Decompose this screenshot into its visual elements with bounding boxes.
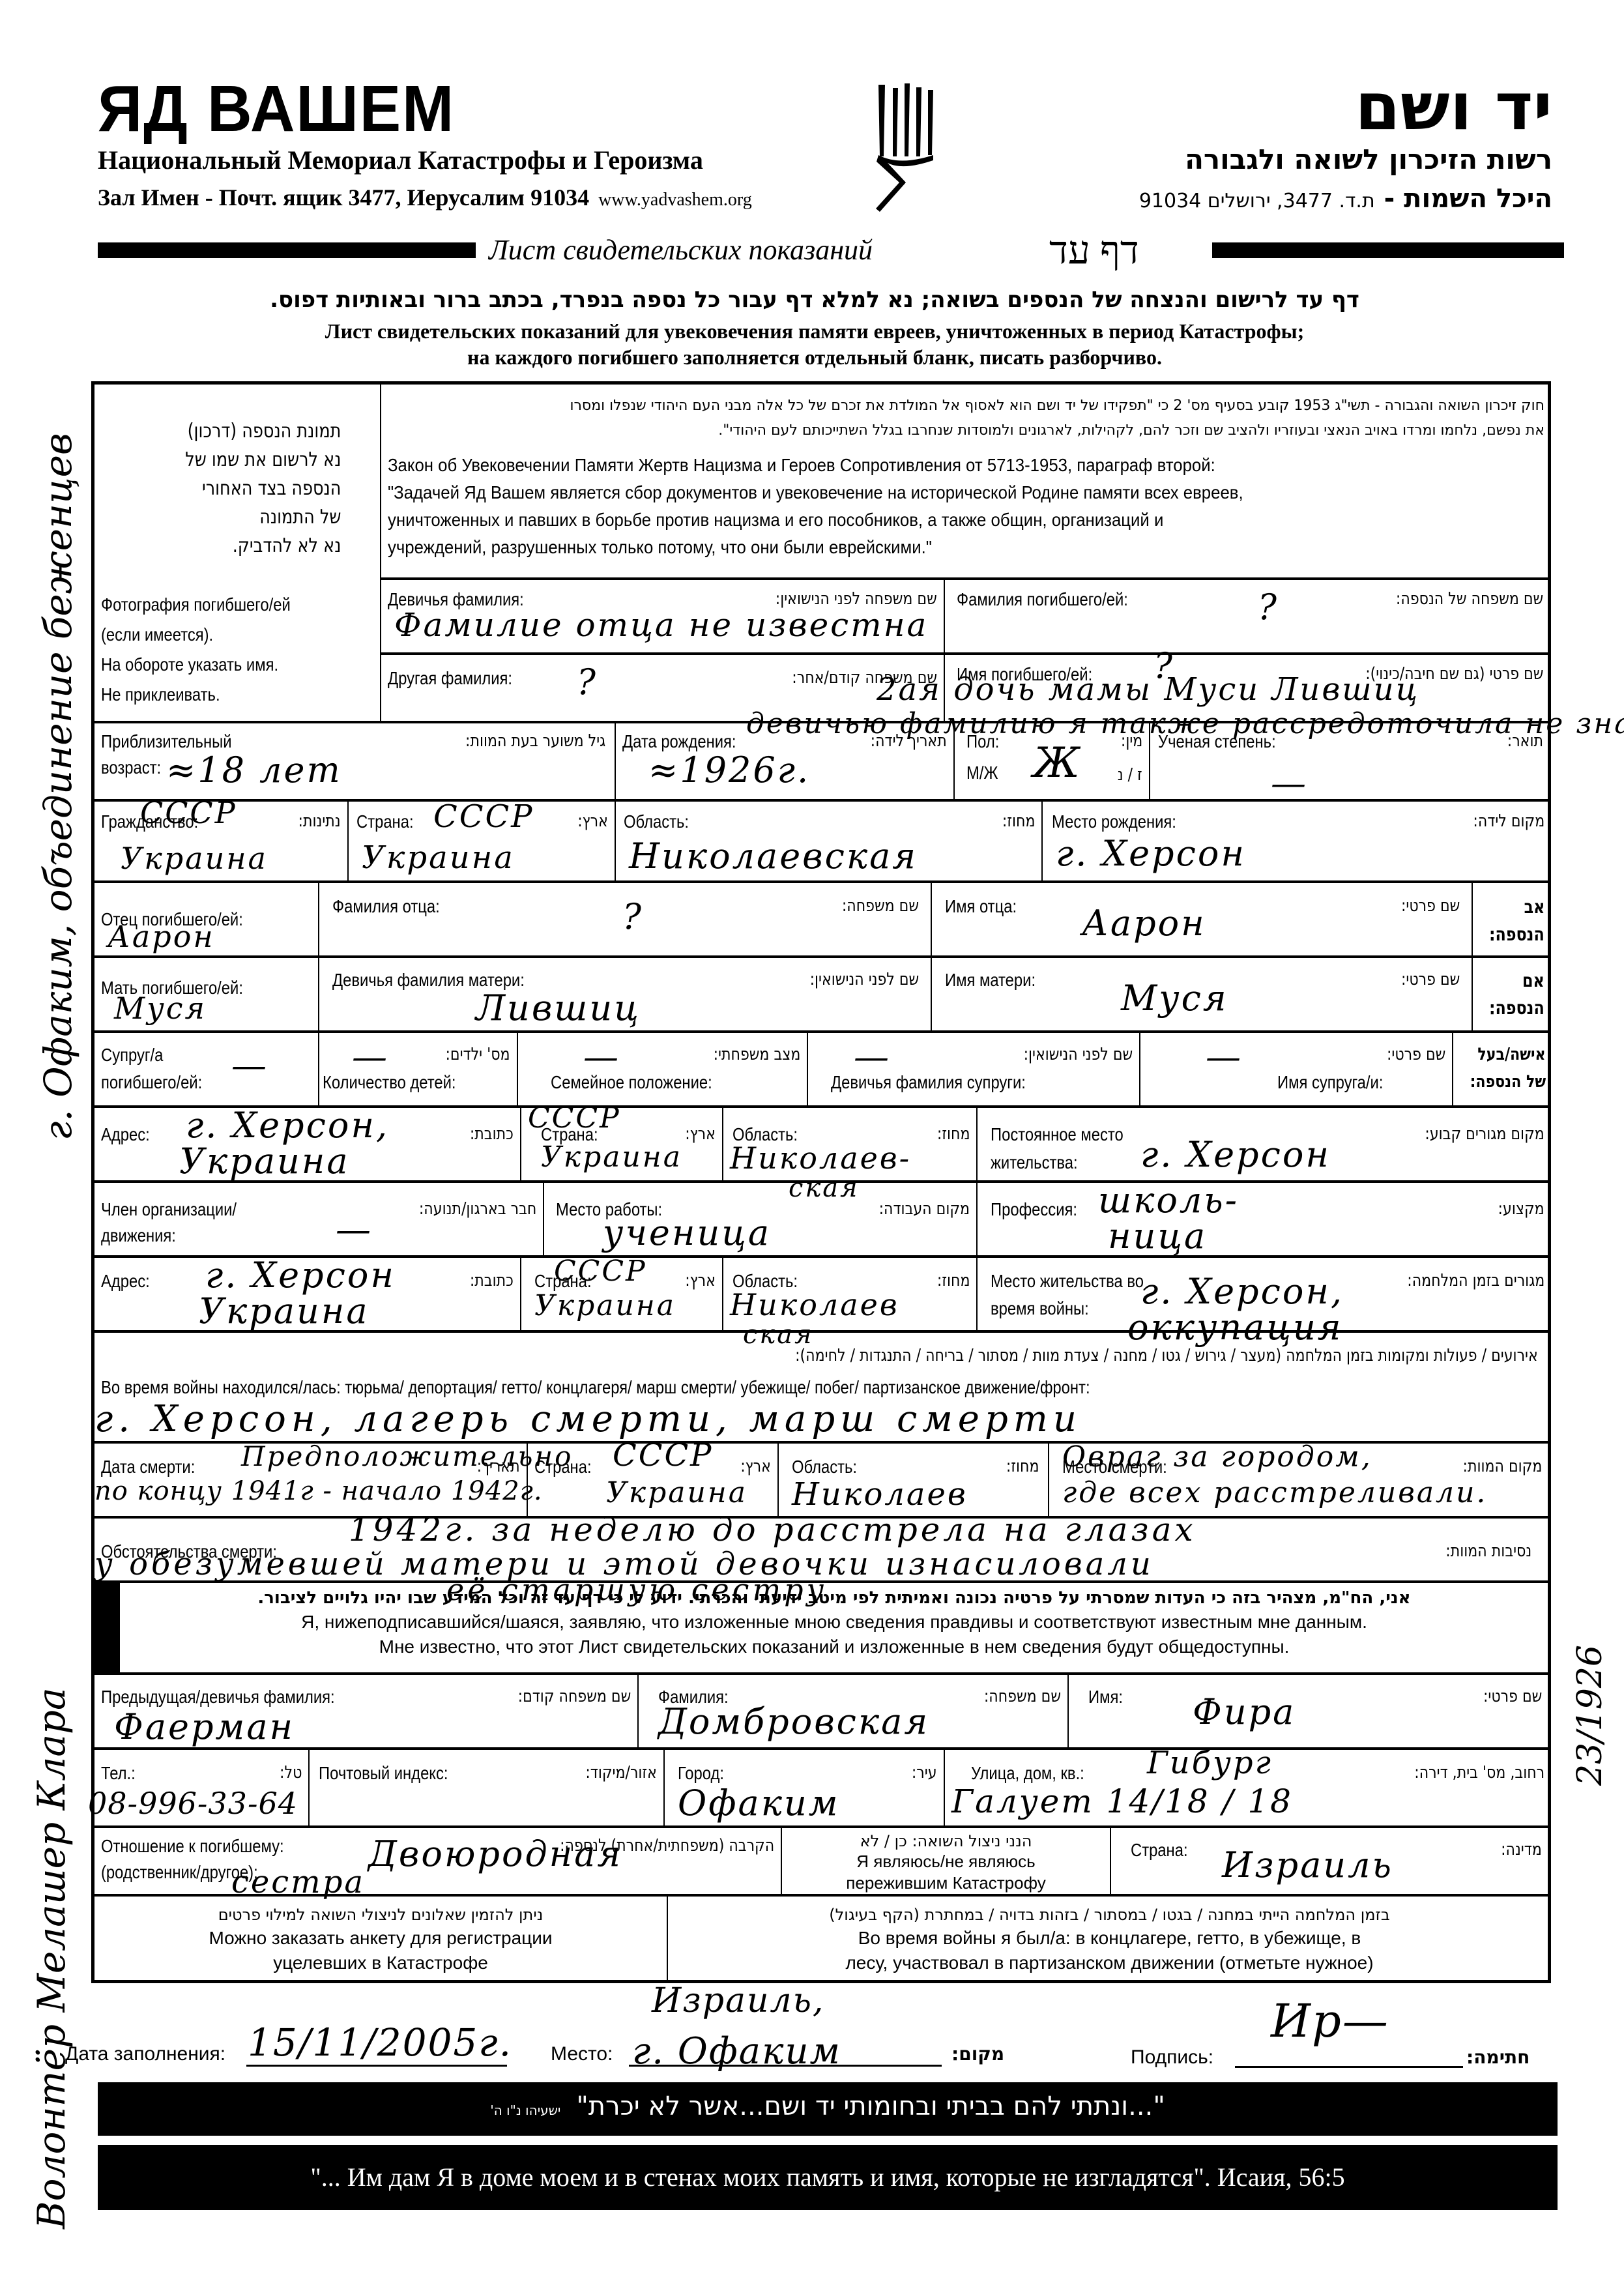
declaration-left-bar bbox=[91, 1580, 117, 1675]
label: лесу, участвовал в партизанском движении… bbox=[668, 1953, 1551, 1973]
value: Двоюродная bbox=[368, 1833, 622, 1874]
date-filled-value[interactable]: 15/11/2005г. bbox=[248, 2020, 512, 2065]
label: Во время войны я был/а: в концлагере, ге… bbox=[668, 1928, 1551, 1949]
label-he: מגורים בזמן המלחמה: bbox=[1407, 1271, 1544, 1290]
label: Почтовый индекс: bbox=[319, 1763, 448, 1784]
declaration-hebrew: אני, הח"מ, מצהיר בזה כי העדות שמסרתי על … bbox=[120, 1588, 1548, 1608]
label: уцелевших в Катастрофе bbox=[94, 1953, 667, 1973]
label-he: בזמן המלחמה הייתי במחנה / בגטו / במסתור … bbox=[668, 1906, 1551, 1924]
value: ? bbox=[622, 896, 643, 937]
value: Украина bbox=[199, 1290, 370, 1331]
website-link[interactable]: www.yadvashem.org bbox=[598, 190, 752, 210]
label-he: מצב משפחתי: bbox=[713, 1045, 800, 1064]
value: сестра bbox=[231, 1864, 365, 1900]
menorah-hand-logo-icon bbox=[873, 78, 945, 215]
brand-name-hebrew: יד ושם bbox=[1355, 68, 1552, 145]
birth-place-field[interactable]: Место рождения: מקום לידה: г. Херсон bbox=[1043, 802, 1551, 883]
value: Предположительно bbox=[241, 1440, 573, 1472]
label: Я являюсь/не являюсь bbox=[782, 1852, 1110, 1872]
wartime-residence-field[interactable]: Место жительства во время войны: מגורים … bbox=[978, 1258, 1551, 1333]
address-hebrew-text: ת.ד. 3477, ירושלים 91034 bbox=[1139, 190, 1375, 212]
label-he: מקום העבודה: bbox=[879, 1199, 970, 1219]
photo-he-line: נא לרשום את שמו של bbox=[185, 446, 341, 474]
label: жительства: bbox=[991, 1152, 1078, 1173]
mother-maiden-name-field[interactable]: Девичья фамилия матери: שם לפני הנישואין… bbox=[319, 958, 932, 1033]
label-he: ארץ: bbox=[685, 1271, 716, 1290]
citizenship-field[interactable]: Гражданство: נתינות: СССР Украина bbox=[94, 802, 349, 883]
law-russian-4: учреждений, разрушенных только потому, ч… bbox=[388, 537, 932, 558]
label: Место рождения: bbox=[1052, 811, 1176, 832]
value: Николаев bbox=[730, 1287, 899, 1322]
photo-he-line: של התמונה bbox=[185, 503, 341, 532]
organization-field[interactable]: Член организации/ движения: חבר בארגון/ת… bbox=[94, 1183, 544, 1258]
label-he: שם פרטי: bbox=[1387, 1045, 1445, 1064]
survivor-status-field[interactable]: הנני ניצול השואה: כן / לא Я являюсь/не я… bbox=[782, 1828, 1111, 1897]
label: Профессия: bbox=[991, 1199, 1077, 1220]
signature-underline bbox=[1235, 2066, 1463, 2068]
label-he: מחוז: bbox=[936, 1124, 970, 1144]
label-he: ניתן להזמין שאלונים לניצולי השואה למילוי… bbox=[94, 1906, 667, 1924]
place-underline bbox=[629, 2065, 942, 2067]
label: Место жительства во bbox=[991, 1271, 1144, 1292]
label-he: מקום לידה: bbox=[1473, 811, 1544, 831]
father-last-name-field[interactable]: Фамилия отца: שם משפחה: ? bbox=[319, 883, 932, 958]
residence-region-field[interactable]: Область: מחוז: Николаев- ская bbox=[723, 1108, 978, 1183]
value: ница bbox=[1108, 1215, 1207, 1257]
label: Страна: bbox=[534, 1457, 592, 1477]
label-he: שם משפחה של הנספה: bbox=[1396, 589, 1543, 609]
value: г. Херсон bbox=[205, 1255, 396, 1296]
value: Лившиц bbox=[476, 987, 641, 1028]
label-he: שם משפחה: bbox=[842, 896, 919, 916]
value: СССР bbox=[140, 795, 237, 830]
value: 1942г. за неделю до расстрела на глазах bbox=[349, 1511, 1196, 1549]
victim-maiden-name-field[interactable]: Девичья фамилия: שם משפחה לפני הנישואין:… bbox=[381, 580, 945, 655]
quote-russian: "... Им дам Я в доме моем и в стенах мои… bbox=[310, 2162, 1344, 2192]
label: Страна: bbox=[356, 811, 414, 832]
label: Член организации/ bbox=[101, 1199, 237, 1220]
label-he: חבר בארגון/תנועה: bbox=[419, 1199, 536, 1219]
label: время войны: bbox=[991, 1298, 1089, 1319]
place-label: Место: bbox=[551, 2043, 613, 2065]
value: г. Херсон, bbox=[186, 1105, 389, 1146]
label: Страна: bbox=[1131, 1840, 1188, 1861]
value: Домбровская bbox=[658, 1701, 929, 1742]
intro-hebrew: דף עד לרישום והנצחה של הנספים בשואה; נא … bbox=[98, 287, 1531, 313]
death-region-field[interactable]: Область: מחוז: Николаев bbox=[779, 1444, 1049, 1519]
value: Украина bbox=[121, 841, 268, 876]
label: Улица, дом, кв.: bbox=[971, 1763, 1084, 1784]
value: — bbox=[352, 1036, 389, 1077]
submitter-street-field[interactable]: Улица, дом, кв.: רחוב, מס' בית, דירה: Ги… bbox=[945, 1750, 1551, 1828]
death-date-field[interactable]: Дата смерти: תאריך: Предположительно по … bbox=[94, 1444, 528, 1519]
label-he: מדינה: bbox=[1501, 1840, 1542, 1859]
label-he: שם לפני הנישואין: bbox=[1023, 1045, 1133, 1064]
law-russian-1: Закон об Увековечении Памяти Жертв Нациз… bbox=[388, 455, 1215, 476]
label: Во время войны находился/лась: тюрьма/ д… bbox=[101, 1377, 1090, 1398]
label: Количество детей: bbox=[323, 1072, 456, 1093]
label-he: אם bbox=[1522, 970, 1544, 991]
signature-label: Подпись: bbox=[1131, 2046, 1213, 2069]
label-he: ז / נ bbox=[1118, 765, 1142, 785]
value: Фаерман bbox=[114, 1706, 295, 1747]
submitter-relation-field[interactable]: Отношение к погибшему: (родственник/друг… bbox=[94, 1828, 782, 1897]
death-country-field[interactable]: Страна: ארץ: СССР Украина bbox=[528, 1444, 779, 1519]
value: школь- bbox=[1098, 1180, 1239, 1221]
signature-value[interactable]: Ир— bbox=[1271, 1994, 1389, 2048]
declaration-russian-2: Мне известно, что этот Лист свидетельски… bbox=[120, 1636, 1548, 1657]
label-he: אזור/מיקוד: bbox=[585, 1763, 657, 1782]
label-he: עיר: bbox=[912, 1763, 937, 1782]
label-he: שם פרטי: bbox=[1401, 970, 1460, 989]
label: погибшего/ей: bbox=[101, 1072, 202, 1093]
label-he: מקום המוות: bbox=[1462, 1457, 1542, 1476]
document-title-russian: Лист свидетельских показаний bbox=[489, 233, 873, 267]
submitter-country-field[interactable]: Страна: מדינה: Израиль bbox=[1111, 1828, 1551, 1897]
footer-divider bbox=[98, 2136, 1558, 2145]
value: СССР bbox=[433, 798, 534, 835]
profession-field[interactable]: Профессия: מקצוע: школь- ница bbox=[978, 1183, 1551, 1258]
value: Украина bbox=[541, 1141, 682, 1174]
survivor-wartime-info: בזמן המלחמה הייתי במחנה / בגטו / במסתור … bbox=[668, 1897, 1551, 1983]
value: СССР bbox=[528, 1101, 621, 1135]
law-russian-3: уничтоженных и павших в борьбе против на… bbox=[388, 510, 1163, 531]
label: Другая фамилия: bbox=[388, 668, 512, 689]
photo-he-line: תמונת הנספה (דרכון) bbox=[185, 417, 341, 446]
label-he: תאריך לידה: bbox=[871, 731, 947, 751]
submitter-phone-field[interactable]: Тел.: טל: 08-996-33-64 bbox=[94, 1750, 310, 1828]
value: Галует 14/18 / 18 bbox=[951, 1782, 1293, 1820]
death-place-field[interactable]: Место смерти: מקום המוות: Овраг за город… bbox=[1049, 1444, 1551, 1519]
label-he: אב bbox=[1524, 896, 1544, 918]
label: Город: bbox=[678, 1763, 724, 1784]
margin-note-right: 23/1926 bbox=[1571, 1645, 1610, 1786]
value: — bbox=[583, 1036, 620, 1077]
workplace-field[interactable]: Место работы: מקום העבודה: ученица bbox=[544, 1183, 978, 1258]
address-russian: Зал Имен - Почт. ящик 3477, Иерусалим 91… bbox=[98, 184, 752, 211]
label: Область: bbox=[624, 811, 689, 832]
label-he: מחוז: bbox=[1006, 1457, 1039, 1476]
label-he: מס' ילדים: bbox=[446, 1045, 510, 1064]
label-he: מחוז: bbox=[936, 1271, 970, 1290]
label: движения: bbox=[101, 1225, 176, 1246]
label-he: הנני ניצול השואה: כן / לא bbox=[782, 1832, 1110, 1850]
label-he: מין: bbox=[1121, 731, 1142, 751]
submitter-first-name-field[interactable]: Имя: שם פרטי: Фира bbox=[1069, 1675, 1551, 1750]
mother-he-label: אם הנספה: bbox=[1473, 958, 1551, 1033]
label: Отношение к погибшему: bbox=[101, 1836, 284, 1857]
label-he: נתינות: bbox=[298, 811, 341, 831]
signature-label-hebrew: חתימה: bbox=[1466, 2046, 1530, 2068]
value: ≈1926г. bbox=[648, 749, 810, 791]
permanent-residence-field[interactable]: Постоянное место жительства: מקום מגורים… bbox=[978, 1108, 1551, 1183]
quote-hebrew: "...ונתתי להם בביתי ובחומותי יד ושם...אש… bbox=[576, 2091, 1165, 2121]
degree-field[interactable]: Ученая степень: תואר: — bbox=[1150, 723, 1551, 802]
value: Овраг за городом, bbox=[1062, 1440, 1372, 1474]
value: Украина bbox=[362, 839, 515, 876]
submitter-city-field[interactable]: Город: עיר: Офаким bbox=[665, 1750, 945, 1828]
value: Николаев bbox=[792, 1476, 968, 1513]
intro-russian-2: на каждого погибшего заполняется отдельн… bbox=[98, 345, 1531, 370]
label: Семейное положение: bbox=[551, 1072, 712, 1093]
value: ≈18 лет bbox=[166, 749, 342, 791]
value: ? bbox=[577, 662, 598, 703]
subtitle-russian: Национальный Мемориал Катастрофы и Герои… bbox=[98, 145, 703, 175]
wartime-address-field[interactable]: Адрес: כתובת: г. Херсон Украина bbox=[94, 1258, 521, 1333]
title-bar-left bbox=[98, 242, 476, 258]
label: М/Ж bbox=[966, 763, 998, 783]
death-circumstances-field[interactable]: Обстоятельства смерти: נסיבות המוות: 194… bbox=[94, 1519, 1551, 1584]
spouse-he-label: אישה/בעל של הנספה: bbox=[1453, 1033, 1551, 1108]
submitter-last-name-field[interactable]: Фамилия: שם משפחה: Домбровская bbox=[639, 1675, 1069, 1750]
value: где всех расстреливали. bbox=[1062, 1476, 1487, 1509]
law-russian-2: "Задачей Яд Вашем является сбор документ… bbox=[388, 482, 1243, 503]
document-title-hebrew: דף עד bbox=[1049, 228, 1139, 273]
submitter-zip-field[interactable]: Почтовый индекс: אזור/מיקוד: bbox=[310, 1750, 665, 1828]
subtitle-hebrew: רשות הזיכרון לשואה ולגבורה bbox=[1185, 143, 1552, 175]
birth-country-field[interactable]: Страна: ארץ: СССР Украина bbox=[349, 802, 616, 883]
law-hebrew-1: חוק זיכרון השואה והגבורה - תשי"ג 1953 קו… bbox=[570, 398, 1545, 414]
label-he: תואר: bbox=[1507, 731, 1543, 751]
label-he: של הנספה: bbox=[1470, 1072, 1546, 1092]
label-he: הנספה: bbox=[1489, 923, 1544, 945]
label-he: גיל משוער בעת המוות: bbox=[465, 731, 605, 751]
label-he: ארץ: bbox=[740, 1457, 771, 1476]
footer-quote-hebrew-strip: ישעיהו נ"ו ה' "...ונתתי להם בביתי ובחומו… bbox=[98, 2082, 1558, 2136]
value: Офаким bbox=[678, 1782, 840, 1824]
wartime-country-field[interactable]: Страна: ארץ: СССР Украина bbox=[521, 1258, 723, 1333]
margin-note-left-bottom: Волонтёр Мелашер Клара bbox=[29, 1687, 74, 2229]
address-text: Зал Имен - Почт. ящик 3477, Иерусалим 91… bbox=[98, 184, 589, 211]
value: Украина bbox=[179, 1141, 350, 1182]
date-filled-label: Дата заполнения: bbox=[65, 2043, 225, 2065]
spouse-first-name-field[interactable]: שם פרטי: Имя супруга/и: — bbox=[1140, 1033, 1453, 1108]
brand-name-russian: ЯД ВАШЕМ bbox=[98, 72, 455, 147]
label-he: אירועים / פעולות ומקומות בזמן המלחמה (מע… bbox=[795, 1346, 1538, 1365]
value: г. Херсон, лагерь смерти, марш смерти bbox=[94, 1398, 1082, 1440]
label: Ученая степень: bbox=[1158, 731, 1276, 752]
value: — bbox=[336, 1209, 373, 1250]
declaration-russian-1: Я, нижеподписавшийся/шаяся, заявляю, что… bbox=[120, 1612, 1548, 1633]
label-he: ארץ: bbox=[577, 811, 608, 831]
value: Муся bbox=[114, 991, 207, 1026]
photo-ru-line: (если имеется). bbox=[101, 620, 291, 650]
victim-first-name-note: 2ая дочь мамы Муси Лившиц bbox=[877, 671, 1419, 708]
label: Фамилия отца: bbox=[332, 896, 440, 917]
label-he: מחוז: bbox=[1002, 811, 1035, 831]
label-he: שם משפחה: bbox=[984, 1687, 1061, 1706]
label: возраст: bbox=[101, 757, 161, 778]
label-he: טל: bbox=[280, 1763, 302, 1782]
birth-date-field[interactable]: Дата рождения: תאריך לידה: ≈1926г. bbox=[616, 723, 955, 802]
label-he: כתובת: bbox=[470, 1271, 514, 1290]
photo-he-line: הנספה בצד האחורי bbox=[185, 474, 341, 503]
value: Николаевская bbox=[629, 836, 918, 877]
sex-field[interactable]: Пол: М/Ж מין: ז / נ Ж bbox=[955, 723, 1150, 802]
marital-status-field[interactable]: מצב משפחתי: Семейное положение: — bbox=[518, 1033, 808, 1108]
photo-ru-line: На обороте указать имя. bbox=[101, 650, 291, 680]
value: Ж bbox=[1033, 739, 1082, 787]
label: Адрес: bbox=[101, 1271, 150, 1292]
label: Имя супруга/и: bbox=[1277, 1072, 1383, 1093]
label-he: רחוב, מס' בית, דירה: bbox=[1414, 1763, 1544, 1782]
label: Имя: bbox=[1088, 1687, 1123, 1708]
wartime-events-field[interactable]: אירועים / פעולות ומקומות בזמן המלחמה (מע… bbox=[94, 1333, 1551, 1444]
spouse-maiden-name-field[interactable]: שם לפני הנישואין: Девичья фамилия супруг… bbox=[808, 1033, 1140, 1108]
father-he-label: אב הנספה: bbox=[1473, 883, 1551, 958]
quote-source-hebrew: ישעיהו נ"ו ה' bbox=[490, 2102, 560, 2118]
value: г. Херсон bbox=[1056, 833, 1246, 874]
value: ученица bbox=[603, 1212, 771, 1253]
value: — bbox=[854, 1036, 891, 1077]
place-label-hebrew: מקום: bbox=[951, 2043, 1004, 2065]
submitter-prev-name-field[interactable]: Предыдущая/девичья фамилия: שם משפחה קוד… bbox=[94, 1675, 639, 1750]
label: Пол: bbox=[966, 731, 999, 752]
father-row-label: Отец погибшего/ей: Аарон bbox=[94, 883, 319, 958]
value: — bbox=[1271, 763, 1308, 804]
intro-russian-1: Лист свидетельских показаний для увекове… bbox=[98, 319, 1531, 343]
value: СССР bbox=[613, 1437, 713, 1474]
photo-instructions-russian: Фотография погибшего/ей (если имеется). … bbox=[101, 590, 291, 710]
photo-ru-line: Фотография погибшего/ей bbox=[101, 590, 291, 620]
hall-of-names-hebrew: היכל השמות - bbox=[1384, 184, 1552, 214]
photo-ru-line: Не приклеивать. bbox=[101, 680, 291, 710]
label-he: מקצוע: bbox=[1498, 1199, 1544, 1219]
value: Украина bbox=[606, 1476, 747, 1509]
value: 08-996-33-64 bbox=[88, 1786, 298, 1821]
label: Адрес: bbox=[101, 1124, 150, 1145]
label-he: שם לפני הנישואין: bbox=[809, 970, 919, 989]
label-he: שם פרטי: bbox=[1483, 1687, 1542, 1706]
place-value-1: Израиль, bbox=[652, 1981, 824, 2020]
value: Николаев- bbox=[730, 1141, 911, 1176]
label: Предыдущая/девичья фамилия: bbox=[101, 1687, 335, 1708]
value: Муся bbox=[1121, 978, 1228, 1019]
label: Дата смерти: bbox=[101, 1457, 195, 1477]
photo-he-line: נא לא להדביק. bbox=[185, 532, 341, 560]
label: Имя отца: bbox=[945, 896, 1017, 917]
law-hebrew-2: את נפשם, נלחמו ומרדו באויב הנאצי ובעוזרי… bbox=[718, 422, 1544, 439]
label: Супруг/а bbox=[101, 1045, 163, 1066]
value: — bbox=[1206, 1036, 1243, 1077]
value: Фамилие отца не известна bbox=[394, 606, 928, 644]
birth-region-field[interactable]: Область: מחוז: Николаевская bbox=[616, 802, 1043, 883]
submitter-section: Предыдущая/девичья фамилия: שם משפחה קוד… bbox=[91, 1675, 1551, 1983]
value: ? bbox=[1258, 587, 1279, 628]
label: Фамилия погибшего/ей: bbox=[957, 589, 1128, 610]
footer-quote-russian-strip: "... Им дам Я в доме моем и в стенах мои… bbox=[98, 2145, 1558, 2210]
wartime-region-field[interactable]: Область: מחוז: Николаев ская bbox=[723, 1258, 978, 1333]
victim-last-name-field[interactable]: Фамилия погибшего/ей: שם משפחה של הנספה:… bbox=[945, 580, 1551, 655]
label-he: כתובת: bbox=[470, 1124, 514, 1144]
children-count-field[interactable]: מס' ילדים: Количество детей: — bbox=[319, 1033, 518, 1108]
label-he: נסיבות המוות: bbox=[1445, 1541, 1531, 1561]
age-field[interactable]: Приблизительный возраст: גיל משוער בעת ה… bbox=[94, 723, 616, 802]
photo-instructions-hebrew: תמונת הנספה (דרכון) נא לרשום את שמו של ה… bbox=[185, 417, 341, 560]
declaration-box: אני, הח"מ, מצהיר בזה כי העדות שמסרתי על … bbox=[117, 1580, 1551, 1675]
value: Фира bbox=[1193, 1691, 1296, 1732]
value: Израиль bbox=[1222, 1844, 1393, 1885]
mother-first-name-field[interactable]: Имя матери: שם פרטי: Муся bbox=[932, 958, 1473, 1033]
value: — bbox=[231, 1045, 268, 1086]
mother-row-label: Мать погибшего/ей: Муся bbox=[94, 958, 319, 1033]
label-he: ארץ: bbox=[685, 1124, 716, 1144]
value: Аарон bbox=[1082, 903, 1206, 944]
date-underline bbox=[246, 2065, 507, 2067]
label: пережившим Катастрофу bbox=[782, 1873, 1110, 1893]
value: по концу 1941г - начало 1942г. bbox=[94, 1476, 543, 1506]
label-he: מקום מגורים קבוע: bbox=[1425, 1124, 1544, 1144]
photo-box: תמונת הנספה (דרכון) נא לרשום את שמו של ה… bbox=[94, 385, 381, 723]
label: Область: bbox=[792, 1457, 857, 1477]
residence-address-field[interactable]: Адрес: כתובת: г. Херсон, Украина bbox=[94, 1108, 521, 1183]
label-he: שם משפחה קודם: bbox=[517, 1687, 631, 1706]
label: Имя матери: bbox=[945, 970, 1036, 991]
law-text-box: חוק זיכרון השואה והגבורה - תשי"ג 1953 קו… bbox=[381, 385, 1551, 580]
title-bar-right bbox=[1212, 242, 1564, 258]
label: Постоянное место bbox=[991, 1124, 1124, 1145]
label-he: שם פרטי: bbox=[1401, 896, 1460, 916]
label-he: אישה/בעל bbox=[1478, 1045, 1546, 1064]
label-he: הנספה: bbox=[1489, 997, 1544, 1019]
value: Украина bbox=[534, 1289, 676, 1322]
label: Можно заказать анкету для регистрации bbox=[94, 1928, 667, 1949]
father-first-name-field[interactable]: Имя отца: שם פרטי: Аарон bbox=[932, 883, 1473, 958]
spouse-row-label: Супруг/а погибшего/ей: — bbox=[94, 1033, 319, 1108]
value: Гибург bbox=[1147, 1745, 1273, 1781]
survivor-questionnaire-info: ניתן להזמין שאלונים לניצולי השואה למילוי… bbox=[94, 1897, 668, 1983]
value: г. Херсон, bbox=[1140, 1271, 1344, 1312]
residence-country-field[interactable]: Страна: ארץ: СССР Украина bbox=[521, 1108, 723, 1183]
address-hebrew: היכל השמות - ת.ד. 3477, ירושלים 91034 bbox=[1139, 184, 1552, 214]
value: Аарон bbox=[108, 919, 215, 954]
value: СССР bbox=[554, 1255, 647, 1288]
label: Тел.: bbox=[101, 1763, 136, 1784]
margin-note-left-top: г. Офаким, объединение беженцев bbox=[36, 433, 80, 1141]
value: г. Херсон bbox=[1140, 1134, 1331, 1175]
